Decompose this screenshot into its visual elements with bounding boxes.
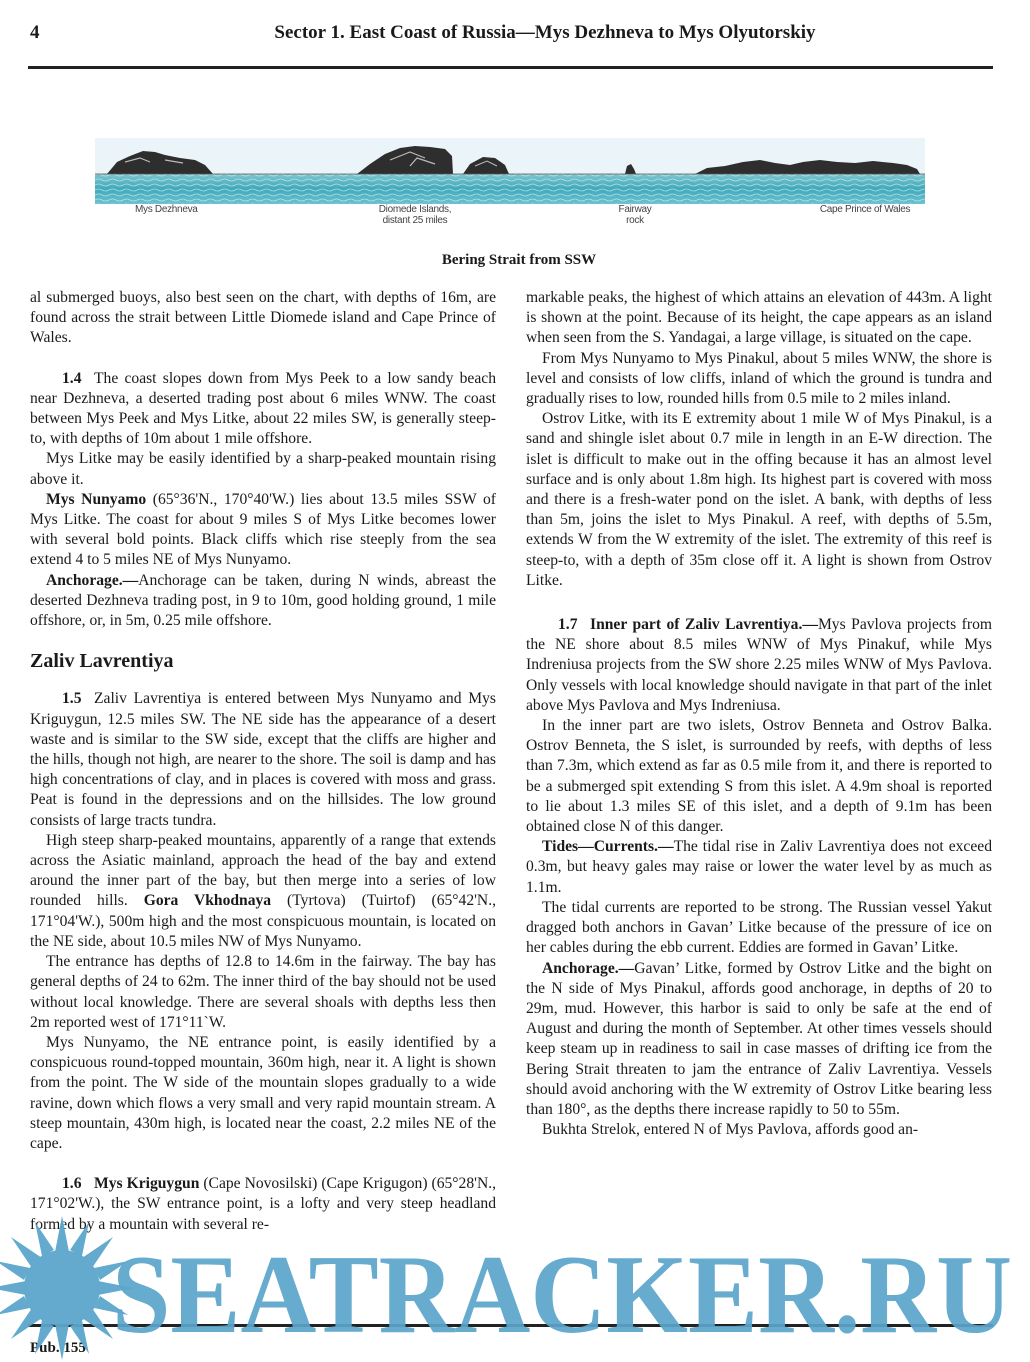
left-column: al submerged buoys, also best seen on th… (30, 288, 496, 1235)
sun-icon (0, 1216, 134, 1360)
label-cape-prince-of-wales: Cape Prince of Wales (800, 204, 930, 215)
label-diomede-islands: Diomede Islands, distant 25 miles (360, 204, 470, 226)
place-name: Mys Kriguygun (94, 1175, 199, 1192)
paragraph-tidal-currents: The tidal currents are reported to be st… (526, 898, 992, 959)
paragraph-1-6: 1.6Mys Kriguygun (Cape Novosilski) (Cape… (30, 1174, 496, 1235)
label-fairway-rock: Fairway rock (605, 204, 665, 226)
right-column: markable peaks, the highest of which att… (526, 288, 992, 1140)
subheading: Inner part of Zaliv Lavrentiya.— (590, 616, 818, 633)
running-head: Sector 1. East Coast of Russia—Mys Dezhn… (0, 22, 1030, 44)
paragraph-bukhta-strelok: Bukhta Strelok, entered N of Mys Pavlova… (526, 1120, 992, 1140)
paragraph-mys-nunyamo: Mys Nunyamo (65°36'N., 170°40'W.) lies a… (30, 490, 496, 571)
paragraph-inner-islets: In the inner part are two islets, Ostrov… (526, 716, 992, 837)
watermark-text: SEATRACKER.RU (112, 1233, 1012, 1357)
paragraph-entrance: The entrance has depths of 12.8 to 14.6m… (30, 952, 496, 1033)
paragraph-continued: markable peaks, the highest of which att… (526, 288, 992, 349)
label-mys-dezhneva: Mys Dezhneva (135, 204, 198, 215)
paragraph-number: 1.4 (46, 369, 94, 389)
subheading: Anchorage.— (46, 572, 138, 589)
label-diomede-line-1: Diomede Islands, (360, 204, 470, 215)
section-heading-zaliv-lavrentiya: Zaliv Lavrentiya (30, 651, 496, 671)
subheading: Tides—Currents.— (542, 838, 674, 855)
paragraph-continued: al submerged buoys, also best seen on th… (30, 288, 496, 349)
footer-rule (28, 1324, 993, 1327)
paragraph-1-7: 1.7Inner part of Zaliv Lavrentiya.—Mys P… (526, 615, 992, 716)
label-fairway-line-2: rock (605, 215, 665, 226)
paragraph-text: The coast slopes down from Mys Peek to a… (30, 370, 496, 448)
paragraph-anchorage-gavan-litke: Anchorage.—Gavan’ Litke, formed by Ostro… (526, 959, 992, 1121)
paragraph-mountains: High steep sharp-peaked mountains, appar… (30, 831, 496, 952)
subheading: Anchorage.— (542, 960, 634, 977)
header-rule (28, 66, 993, 69)
paragraph-anchorage: Anchorage.—Anchorage can be taken, durin… (30, 571, 496, 632)
paragraph-text: Gavan’ Litke, formed by Ostrov Litke and… (526, 960, 992, 1118)
paragraph-text: Zaliv Lavrentiya is entered between Mys … (30, 690, 496, 828)
paragraph-1-5: 1.5Zaliv Lavrentiya is entered between M… (30, 689, 496, 830)
paragraph-number: 1.6 (46, 1174, 94, 1194)
place-name: Gora Vkhodnaya (144, 892, 271, 909)
publication-number: Pub. 155 (30, 1340, 86, 1357)
paragraph-mys-nunyamo-entrance: Mys Nunyamo, the NE entrance point, is e… (30, 1033, 496, 1154)
bering-strait-view-figure: Mys Dezhneva Diomede Islands, distant 25… (95, 138, 925, 228)
paragraph-mys-litke: Mys Litke may be easily identified by a … (30, 449, 496, 489)
paragraph-1-4: 1.4The coast slopes down from Mys Peek t… (30, 369, 496, 450)
paragraph-tides-currents: Tides—Currents.—The tidal rise in Zaliv … (526, 837, 992, 898)
place-name: Mys Nunyamo (46, 491, 146, 508)
paragraph-ostrov-litke: Ostrov Litke, with its E extremity about… (526, 409, 992, 591)
paragraph-mys-pinakul: From Mys Nunyamo to Mys Pinakul, about 5… (526, 349, 992, 410)
figure-caption: Bering Strait from SSW (0, 252, 1030, 269)
paragraph-number: 1.5 (46, 689, 94, 709)
label-diomede-line-2: distant 25 miles (360, 215, 470, 226)
paragraph-number: 1.7 (542, 615, 590, 635)
label-fairway-line-1: Fairway (605, 204, 665, 215)
